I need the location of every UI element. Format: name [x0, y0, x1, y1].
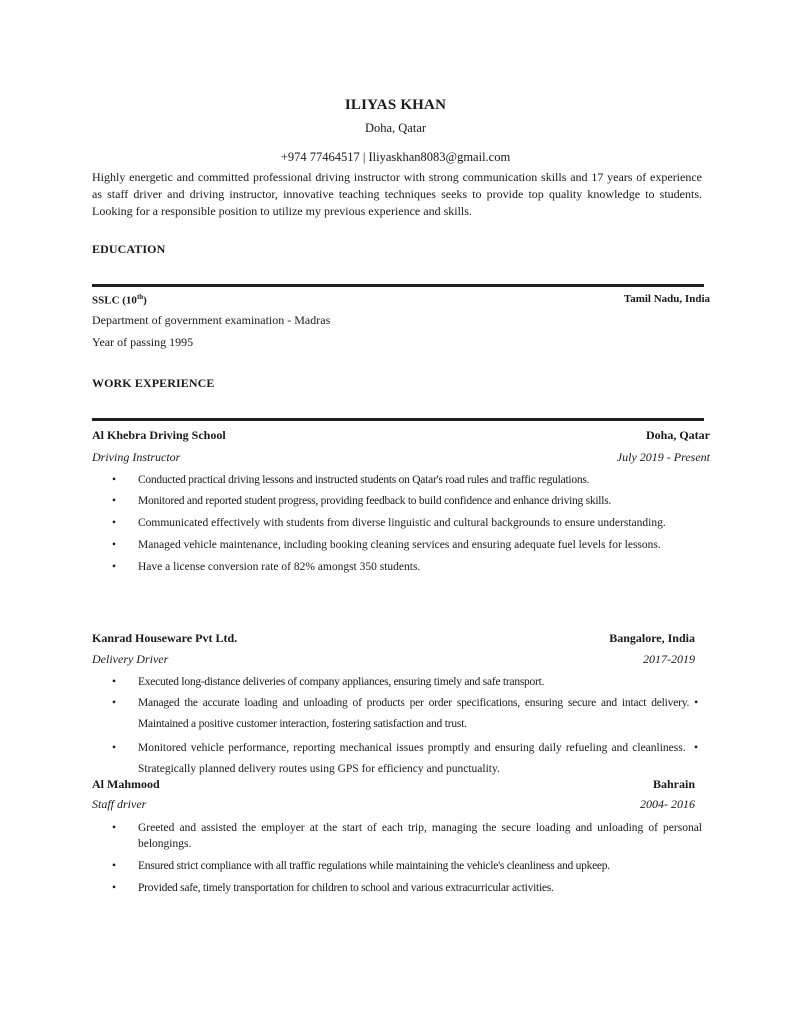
bullet-icon: •	[112, 559, 116, 575]
professional-summary: Highly energetic and committed professio…	[92, 169, 702, 220]
job-company: Al Mahmood	[92, 777, 160, 792]
job-bullets: •Conducted practical driving lessons and…	[112, 472, 702, 575]
education-heading: EDUCATION	[92, 242, 165, 257]
bullet-icon: •	[112, 537, 116, 553]
bullet-icon: •	[112, 493, 116, 509]
job-role: Staff driver	[92, 797, 146, 812]
bullet-item: •Executed long-distance deliveries of co…	[112, 674, 698, 690]
job-dates: 2004- 2016	[640, 797, 695, 812]
bullet-item: •Communicated effectively with students …	[112, 515, 702, 531]
bullet-item: •Provided safe, timely transportation fo…	[112, 880, 702, 896]
bullet-icon: •	[112, 738, 116, 759]
bullet-item: •Ensured strict compliance with all traf…	[112, 858, 702, 874]
candidate-name: ILIYAS KHAN	[0, 97, 791, 114]
education-year: Year of passing 1995	[92, 335, 193, 350]
bullet-icon: •	[112, 880, 116, 896]
bullet-icon: •	[112, 515, 116, 531]
education-location: Tamil Nadu, India	[624, 293, 710, 305]
job-role: Driving Instructor	[92, 450, 180, 465]
job-dates: July 2019 - Present	[617, 450, 710, 465]
bullet-item: •Conducted practical driving lessons and…	[112, 472, 702, 488]
bullet-icon: •	[112, 693, 116, 714]
job-role: Delivery Driver	[92, 652, 168, 667]
work-experience-divider	[92, 418, 704, 421]
bullet-item: •Managed vehicle maintenance, including …	[112, 537, 702, 553]
contact-info: +974 77464517 | Iliyaskhan8083@gmail.com	[0, 150, 791, 165]
education-degree: SSLC (10th)	[92, 293, 147, 307]
job-bullets: •Greeted and assisted the employer at th…	[112, 820, 702, 896]
job-location: Bangalore, India	[609, 631, 695, 646]
bullet-item: •Have a license conversion rate of 82% a…	[112, 559, 702, 575]
bullet-item: •Managed the accurate loading and unload…	[112, 693, 698, 735]
work-experience-heading: WORK EXPERIENCE	[92, 376, 215, 391]
resume-page: ILIYAS KHAN Doha, Qatar +974 77464517 | …	[0, 0, 791, 1024]
bullet-icon: •	[112, 858, 116, 874]
job-location: Bahrain	[653, 777, 695, 792]
job-location: Doha, Qatar	[646, 428, 710, 443]
job-dates: 2017-2019	[643, 652, 695, 667]
bullet-item: •Greeted and assisted the employer at th…	[112, 820, 702, 852]
candidate-location: Doha, Qatar	[0, 121, 791, 136]
bullet-item: •Monitored vehicle performance, reportin…	[112, 738, 698, 780]
bullet-icon: •	[112, 820, 116, 836]
job-company: Al Khebra Driving School	[92, 428, 226, 443]
bullet-icon: •	[112, 674, 116, 690]
job-bullets: •Executed long-distance deliveries of co…	[112, 674, 698, 780]
bullet-item: •Monitored and reported student progress…	[112, 493, 702, 509]
education-institution: Department of government examination - M…	[92, 313, 330, 328]
education-divider	[92, 284, 704, 287]
job-company: Kanrad Houseware Pvt Ltd.	[92, 631, 237, 646]
bullet-icon: •	[112, 472, 116, 488]
